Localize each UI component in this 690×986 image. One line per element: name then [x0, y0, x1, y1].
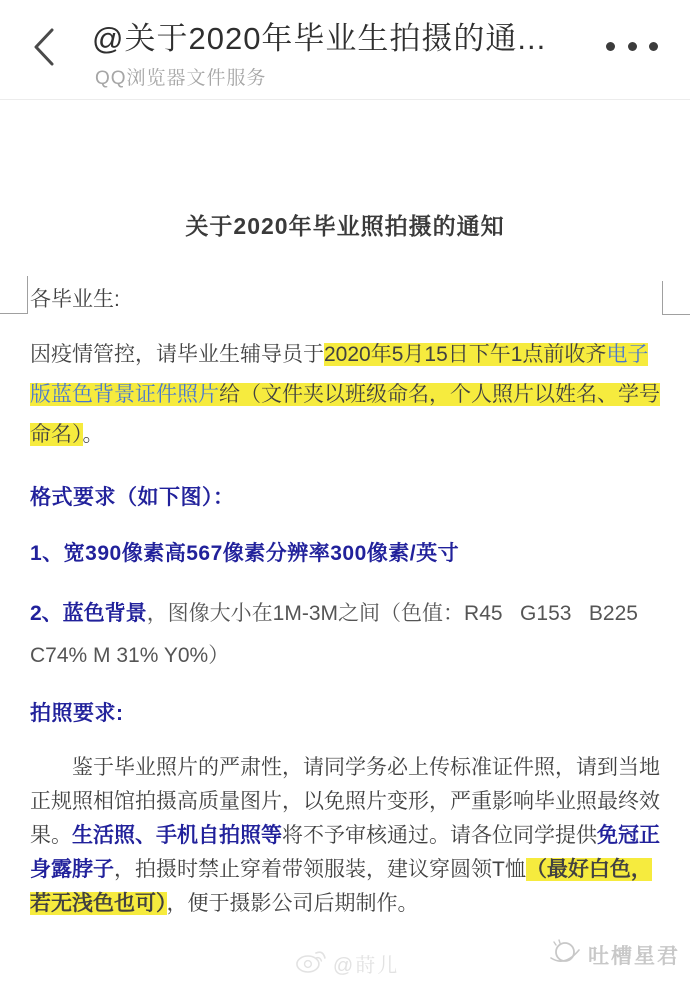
file-title: @关于2020年毕业生拍摄的通...	[92, 13, 597, 58]
format-item-1: 1、宽390像素高567像素分辨率300像素/英寸	[30, 537, 660, 567]
page-corner-mark-right	[662, 281, 690, 315]
para1-plain-start: 因疫情管控，请毕业生辅导员于	[30, 343, 324, 366]
page-corner-mark-left	[0, 276, 28, 314]
ellipsis-icon	[606, 42, 615, 51]
item2-bold-blue-background: 2、蓝色背景	[30, 602, 147, 625]
footer: @莳儿 吐槽星君	[0, 932, 690, 986]
back-button[interactable]	[28, 24, 62, 70]
weibo-icon	[295, 946, 327, 980]
ellipsis-icon	[628, 42, 637, 51]
brand-name: 吐槽星君	[588, 940, 680, 970]
para1-plain-end: 。	[83, 423, 104, 446]
paragraph-photo-rules: 鉴于毕业照片的严肃性，请同学务必上传标准证件照，请到当地正规照相馆拍摄高质量图片…	[30, 751, 660, 921]
paragraph-deadline: 因疫情管控，请毕业生辅导员于2020年5月15日下午1点前收齐电子版蓝色背景证件…	[30, 335, 660, 455]
weibo-watermark: @莳儿	[295, 946, 399, 980]
para2-life-photos-bold: 生活照、手机自拍照等	[72, 824, 282, 847]
para1-highlight-date: 2020年5月15日下午1点前收齐	[324, 343, 606, 366]
watermark-handle: @莳儿	[333, 949, 399, 978]
document-view: 关于2020年毕业照拍摄的通知 各毕业生: 因疫情管控，请毕业生辅导员于2020…	[0, 208, 690, 921]
format-requirements-heading: 格式要求（如下图）：	[30, 481, 660, 511]
ellipsis-icon	[649, 42, 658, 51]
salutation: 各毕业生:	[30, 283, 660, 313]
document-title: 关于2020年毕业照拍摄的通知	[30, 208, 660, 241]
file-service-subtitle: QQ浏览器文件服务	[95, 63, 267, 90]
para2-seg7: ，便于摄影公司后期制作。	[167, 892, 419, 915]
app-bar: @关于2020年毕业生拍摄的通... QQ浏览器文件服务	[0, 0, 690, 100]
brand-watermark: 吐槽星君	[546, 936, 680, 974]
planet-mascot-icon	[546, 936, 582, 974]
chevron-left-icon	[28, 57, 62, 74]
more-menu-button[interactable]	[606, 36, 658, 56]
para2-seg5: ，拍摄时禁止穿着带领服装，建议穿圆领T恤	[114, 858, 526, 881]
format-item-2: 2、蓝色背景，图像大小在1M-3M之间（色值：R45 G153 B225 C74…	[30, 593, 660, 677]
para2-seg3: 将不予审核通过。请各位同学提供	[282, 824, 597, 847]
photo-requirements-heading: 拍照要求:	[30, 697, 660, 727]
